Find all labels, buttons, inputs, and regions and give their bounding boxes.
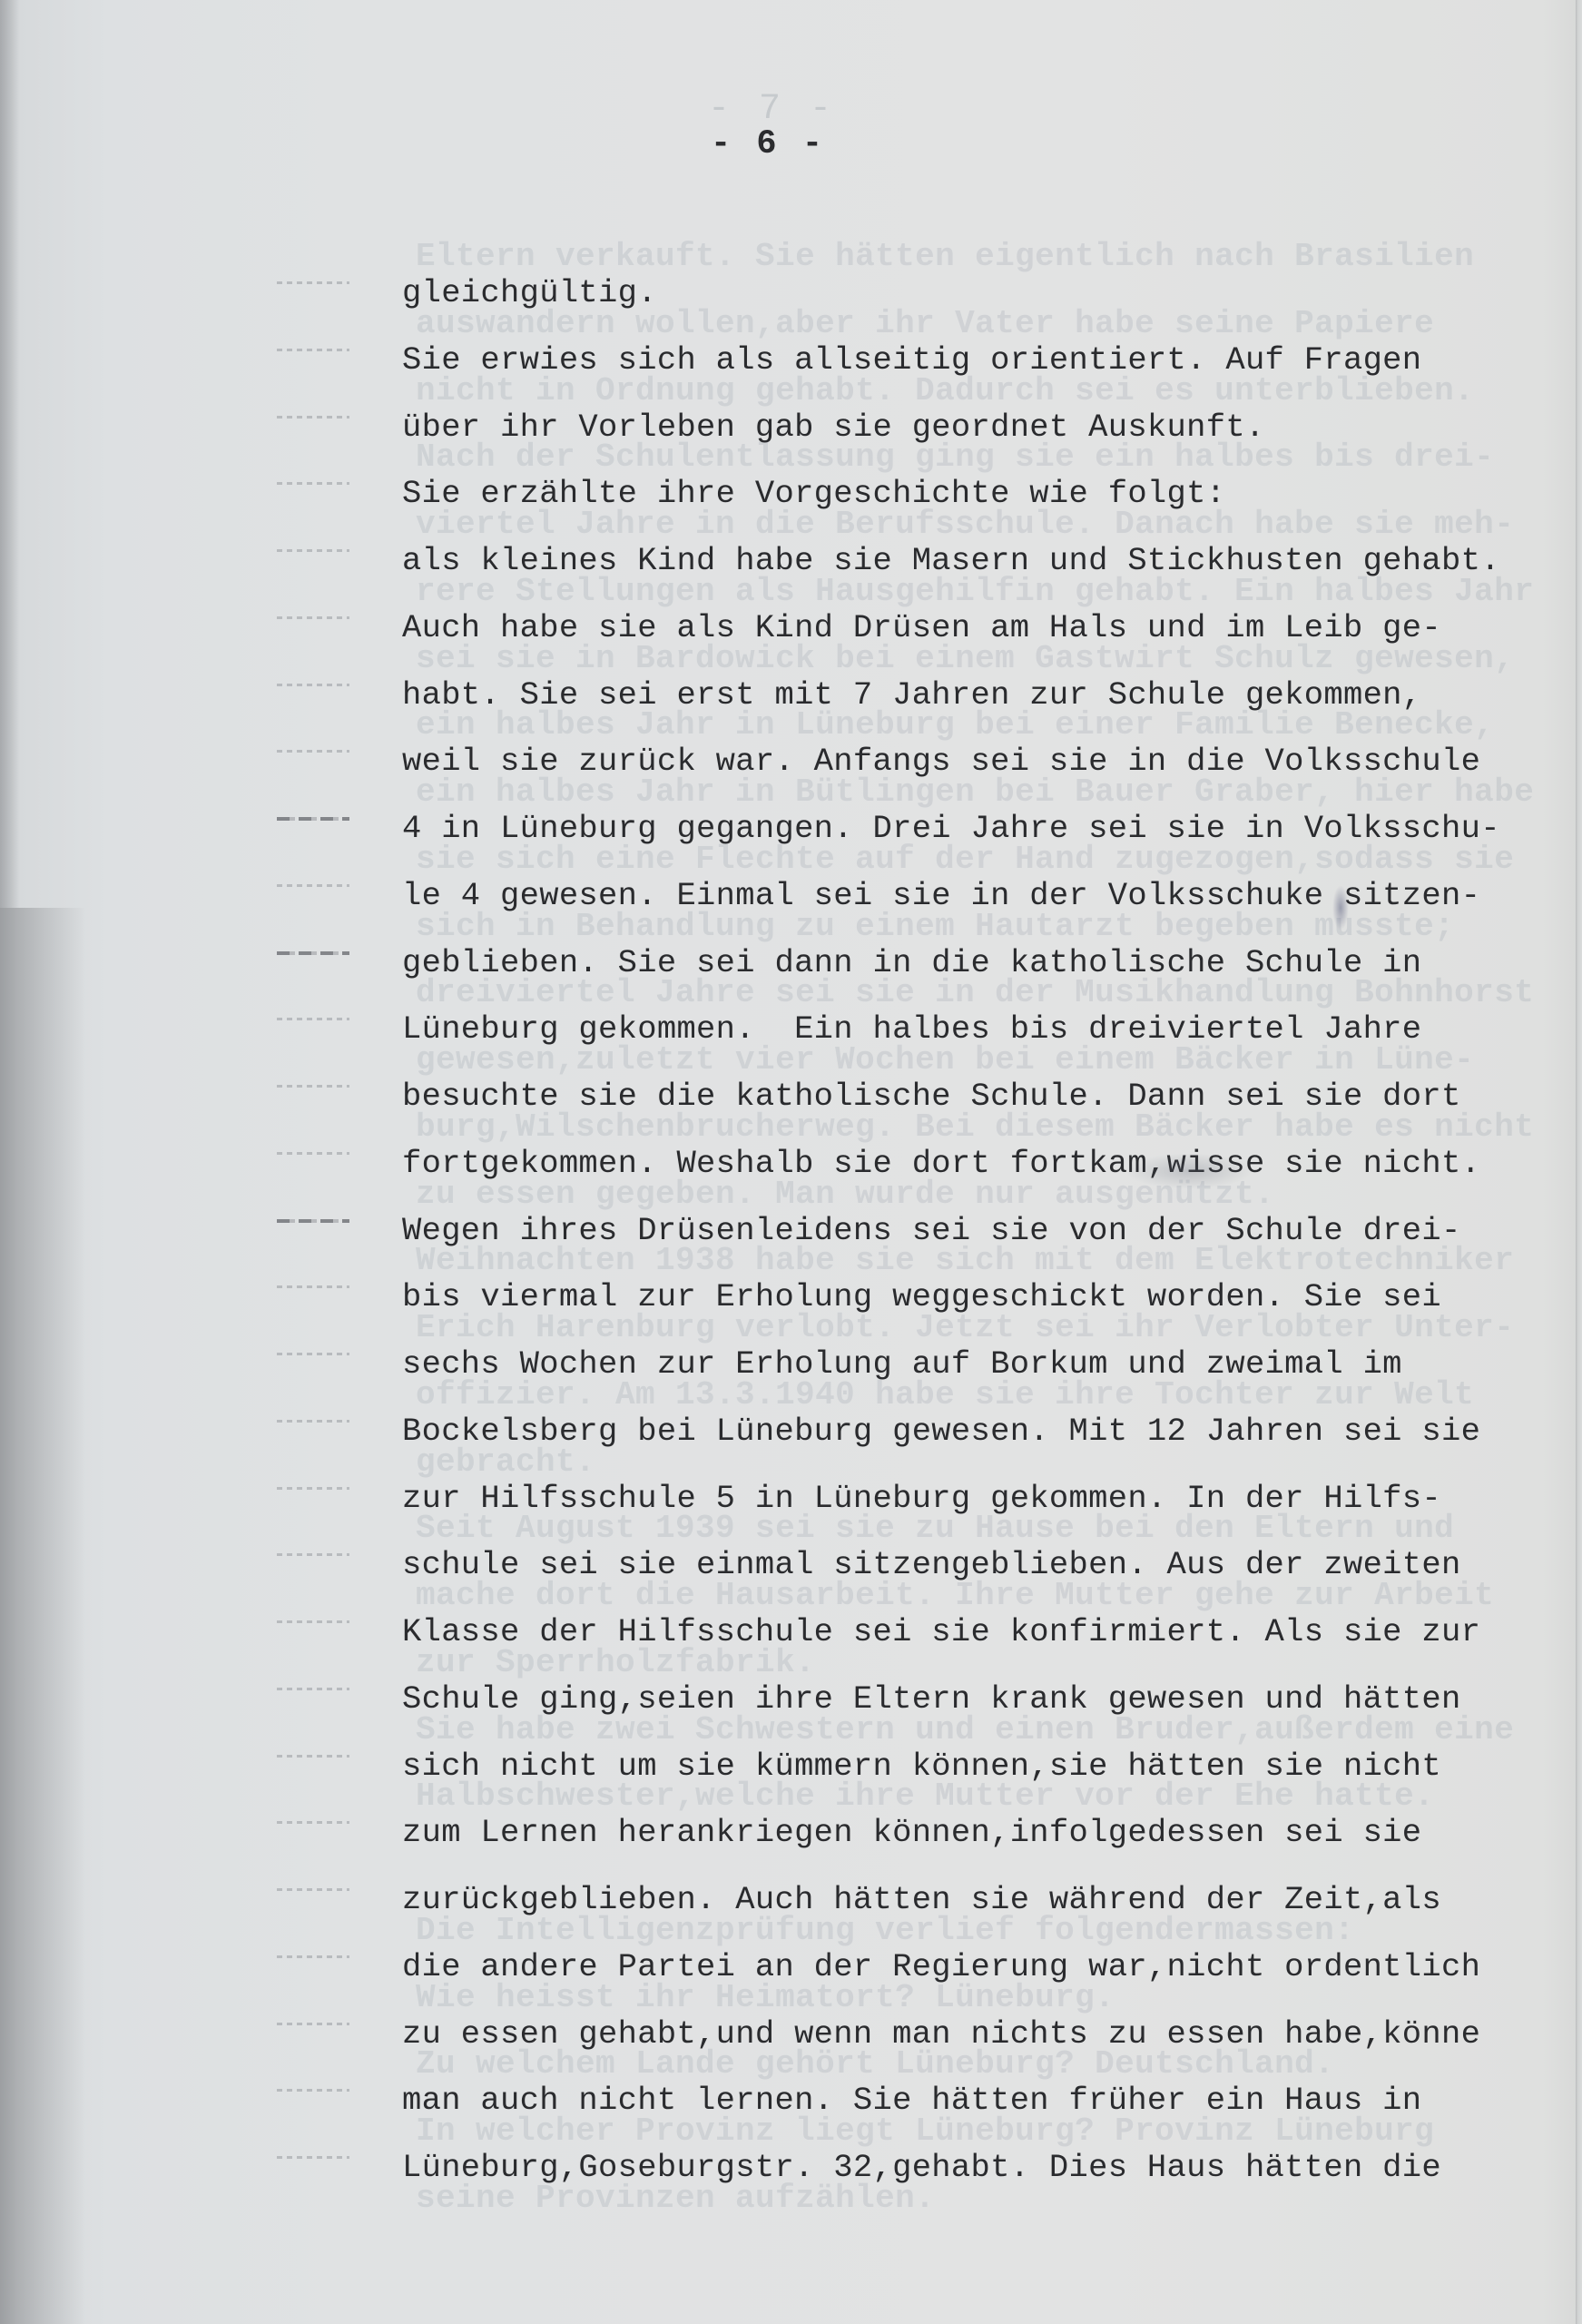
text-line: zum Lernen herankriegen können,infolgede…	[402, 1812, 1582, 1879]
text-line: fortgekommen. Weshalb sie dort fortkam,w…	[402, 1143, 1582, 1210]
text-line: als kleines Kind habe sie Masern und Sti…	[402, 540, 1582, 607]
margin-dash	[277, 416, 349, 419]
margin-dash	[277, 951, 349, 955]
margin-dash	[277, 750, 349, 753]
text-line: zu essen gehabt,und wenn man nichts zu e…	[402, 2014, 1582, 2081]
ink-smudge	[1125, 1153, 1253, 1189]
text-line: man auch nicht lernen. Sie hätten früher…	[402, 2080, 1582, 2147]
margin-dash	[277, 2023, 349, 2025]
margin-dash	[277, 1285, 349, 1288]
margin-mark	[277, 2167, 363, 2234]
text-line: Sie erwies sich als allseitig orientiert…	[402, 340, 1582, 407]
margin-dash	[277, 1219, 349, 1223]
text-line: die andere Partei an der Regierung war,n…	[402, 1946, 1582, 2014]
margin-dash	[277, 1553, 349, 1556]
text-line: gleichgültig.	[402, 272, 1582, 340]
text-line: geblieben. Sie sei dann in die katholisc…	[402, 942, 1582, 1009]
left-margin-marks	[277, 292, 363, 2234]
margin-dash	[277, 1085, 349, 1088]
margin-dash	[277, 549, 349, 552]
text-line: schule sei sie einmal sitzengeblieben. A…	[402, 1544, 1582, 1611]
typewritten-body: gleichgültig. Sie erwies sich als allsei…	[402, 272, 1582, 2214]
paper-page: - 7 - Eltern verkauft. Sie hätten eigent…	[0, 0, 1577, 2324]
margin-dash	[277, 482, 349, 485]
text-line: Lüneburg,Goseburgstr. 32,gehabt. Dies Ha…	[402, 2147, 1582, 2214]
margin-dash	[277, 349, 349, 351]
margin-dash	[277, 281, 349, 284]
text-line: weil sie zurück war. Anfangs sei sie in …	[402, 741, 1582, 808]
bleed-through-page-number: - 7 -	[708, 89, 835, 130]
margin-dash	[277, 616, 349, 619]
margin-dash	[277, 1821, 349, 1824]
text-line: Schule ging,seien ihre Eltern krank gewe…	[402, 1679, 1582, 1746]
text-line: bis viermal zur Erholung weggeschickt wo…	[402, 1276, 1582, 1344]
margin-dash	[277, 1353, 349, 1355]
margin-dash	[277, 1755, 349, 1758]
margin-dash	[277, 1955, 349, 1958]
text-line: Wegen ihres Drüsenleidens sei sie von de…	[402, 1210, 1582, 1277]
text-line: Lüneburg gekommen. Ein halbes bis dreivi…	[402, 1009, 1582, 1076]
margin-dash	[277, 2156, 349, 2159]
margin-dash	[277, 684, 349, 686]
text-line: habt. Sie sei erst mit 7 Jahren zur Schu…	[402, 675, 1582, 742]
margin-dash	[277, 1018, 349, 1020]
text-line: Auch habe sie als Kind Drüsen am Hals un…	[402, 607, 1582, 675]
page-edge	[1576, 0, 1582, 2324]
margin-dash	[277, 2089, 349, 2092]
text-line: 4 in Lüneburg gegangen. Drei Jahre sei s…	[402, 808, 1582, 875]
margin-dash	[277, 1888, 349, 1891]
text-line: sich nicht um sie kümmern können,sie hät…	[402, 1746, 1582, 1813]
margin-dash	[277, 1487, 349, 1490]
margin-dash	[277, 884, 349, 887]
text-line: zurückgeblieben. Auch hätten sie während…	[402, 1879, 1582, 1946]
text-line: Bockelsberg bei Lüneburg gewesen. Mit 12…	[402, 1411, 1582, 1478]
text-line: besuchte sie die katholische Schule. Dan…	[402, 1076, 1582, 1143]
ink-smudge	[1332, 885, 1349, 931]
margin-dash	[277, 817, 349, 821]
text-line: Sie erzählte ihre Vorgeschichte wie folg…	[402, 473, 1582, 540]
text-line: le 4 gewesen. Einmal sei sie in der Volk…	[402, 875, 1582, 942]
margin-dash	[277, 1152, 349, 1155]
text-line: sechs Wochen zur Erholung auf Borkum und…	[402, 1344, 1582, 1411]
margin-dash	[277, 1620, 349, 1623]
margin-dash	[277, 1420, 349, 1423]
binding-shadow	[0, 908, 86, 2324]
text-line: über ihr Vorleben gab sie geordnet Ausku…	[402, 407, 1582, 474]
margin-dash	[277, 1688, 349, 1690]
page-number: - 6 -	[0, 125, 1582, 163]
text-line: zur Hilfsschule 5 in Lüneburg gekommen. …	[402, 1478, 1582, 1545]
text-line: Klasse der Hilfsschule sei sie konfirmie…	[402, 1611, 1582, 1679]
